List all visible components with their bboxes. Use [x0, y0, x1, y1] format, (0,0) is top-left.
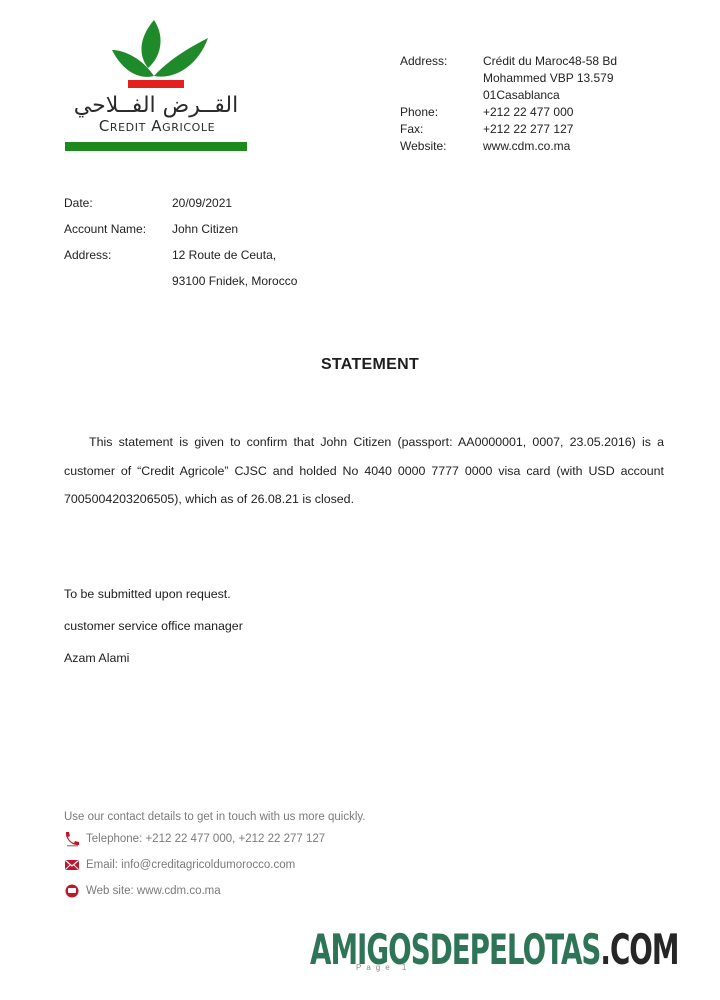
statement-body: This statement is given to confirm that …: [64, 428, 664, 514]
footer-telephone-text: Telephone: +212 22 477 000, +212 22 277 …: [86, 833, 325, 845]
watermark-main: AMIGOSDEPELOTAS: [310, 925, 600, 974]
footer-intro: Use our contact details to get in touch …: [64, 808, 366, 826]
customer-address-row: Address: 12 Route de Ceuta,: [64, 242, 297, 268]
bank-address-row-2: Mohammed VBP 13.579: [400, 70, 653, 87]
bank-website-label: Website:: [400, 138, 483, 155]
account-name-row: Account Name: John Citizen: [64, 216, 297, 242]
bank-website-row: Website: www.cdm.co.ma: [400, 138, 653, 155]
footer-email-text[interactable]: Email: info@creditagricoldumorocco.com: [86, 859, 295, 871]
phone-icon: [64, 832, 80, 846]
closing-note: To be submitted upon request.: [64, 578, 243, 610]
bank-address-line-3: 01Casablanca: [483, 87, 653, 104]
footer-website: Web site: www.cdm.co.ma: [64, 878, 366, 904]
bank-logo: القــرض الفــلاحي Credit Agricole: [62, 14, 250, 156]
bank-phone-value: +212 22 477 000: [483, 104, 653, 121]
footer-website-text[interactable]: Web site: www.cdm.co.ma: [86, 885, 221, 897]
customer-address-line-2: 93100 Fnidek, Morocco: [172, 268, 297, 294]
customer-address-line-1: 12 Route de Ceuta,: [172, 242, 276, 268]
date-row: Date: 20/09/2021: [64, 190, 297, 216]
bank-contact-block: Address: Crédit du Maroc48-58 Bd Mohamme…: [400, 53, 653, 155]
bank-address-row-3: 01Casablanca: [400, 87, 653, 104]
bank-address-line-2: Mohammed VBP 13.579: [483, 70, 653, 87]
bank-address-line-1: Crédit du Maroc48-58 Bd: [483, 53, 653, 70]
bank-fax-row: Fax: +212 22 277 127: [400, 121, 653, 138]
footer-telephone: Telephone: +212 22 477 000, +212 22 277 …: [64, 826, 366, 852]
date-value: 20/09/2021: [172, 190, 232, 216]
email-icon: [64, 858, 80, 872]
footer-contact: Use our contact details to get in touch …: [64, 808, 366, 904]
bank-address-row: Address: Crédit du Maroc48-58 Bd: [400, 53, 653, 70]
bank-address-label: Address:: [400, 53, 483, 70]
date-label: Date:: [64, 190, 172, 216]
customer-address-row-2: 93100 Fnidek, Morocco: [64, 268, 297, 294]
bank-phone-label: Phone:: [400, 104, 483, 121]
customer-address-label: Address:: [64, 242, 172, 268]
signatory-title: customer service office manager: [64, 610, 243, 642]
watermark-suffix: .COM: [600, 925, 678, 974]
bank-phone-row: Phone: +212 22 477 000: [400, 104, 653, 121]
footer-email: Email: info@creditagricoldumorocco.com: [64, 852, 366, 878]
logo-arabic-name: القــرض الفــلاحي: [64, 94, 248, 118]
watermark: AMIGOSDEPELOTAS.COM: [310, 924, 678, 976]
bank-website-link[interactable]: www.cdm.co.ma: [483, 138, 653, 155]
bank-fax-value: +212 22 277 127: [483, 121, 653, 138]
account-name-value: John Citizen: [172, 216, 238, 242]
logo-latin-name: Credit Agricole: [64, 118, 250, 134]
customer-details: Date: 20/09/2021 Account Name: John Citi…: [64, 190, 297, 294]
account-name-label: Account Name:: [64, 216, 172, 242]
closing-block: To be submitted upon request. customer s…: [64, 578, 243, 674]
document-title: STATEMENT: [0, 356, 720, 374]
signatory-name: Azam Alami: [64, 642, 243, 674]
bank-fax-label: Fax:: [400, 121, 483, 138]
website-icon: [64, 884, 80, 898]
